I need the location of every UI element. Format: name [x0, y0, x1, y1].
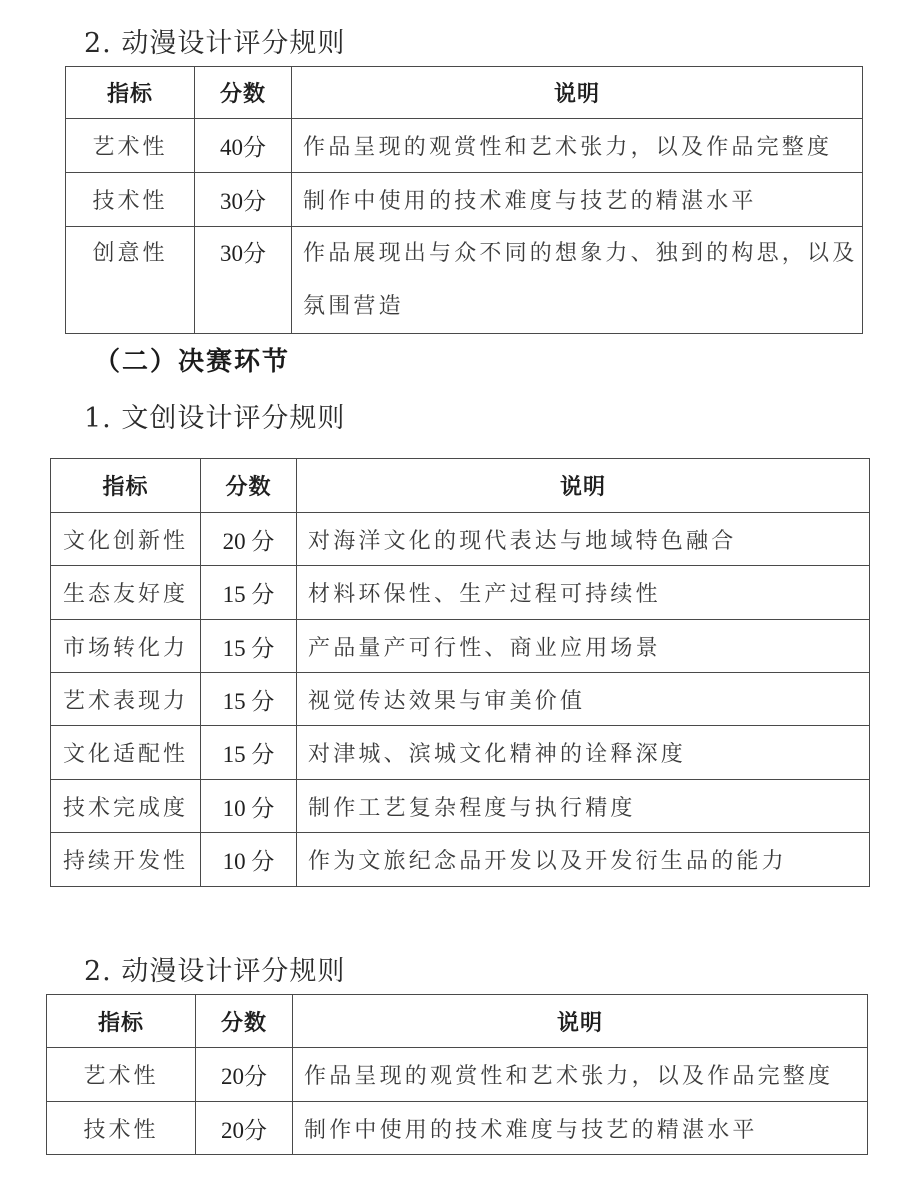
indicator-cell: 市场转化力	[51, 620, 201, 673]
score-cell: 15 分	[201, 726, 297, 780]
score-cell: 15 分	[201, 620, 297, 673]
description-cell: 作为文旅纪念品开发以及开发衍生品的能力	[297, 833, 870, 887]
indicator-cell: 技术完成度	[51, 780, 201, 833]
header-score: 分数	[201, 459, 297, 513]
score-cell: 20分	[196, 1048, 293, 1102]
header-description: 说明	[293, 995, 868, 1048]
header-description: 说明	[292, 67, 863, 119]
description-cell: 作品呈现的观赏性和艺术张力，以及作品完整度	[292, 119, 863, 173]
score-cell: 10 分	[201, 833, 297, 887]
header-indicator: 指标	[47, 995, 196, 1048]
animation-rules-table-finals: 指标 分数 说明 艺术性 20分 作品呈现的观赏性和艺术张力，以及作品完整度 技…	[46, 994, 868, 1155]
score-cell: 30分	[195, 173, 292, 227]
table-header-row: 指标 分数 说明	[47, 995, 868, 1048]
score-cell: 15 分	[201, 566, 297, 620]
description-cell: 制作中使用的技术难度与技艺的精湛水平	[292, 173, 863, 227]
description-cell: 对津城、滨城文化精神的诠释深度	[297, 726, 870, 780]
animation-rules-table-preliminary: 指标 分数 说明 艺术性 40分 作品呈现的观赏性和艺术张力，以及作品完整度 技…	[65, 66, 863, 334]
score-cell: 30分	[195, 227, 292, 334]
header-indicator: 指标	[51, 459, 201, 513]
table-row: 技术性 20分 制作中使用的技术难度与技艺的精湛水平	[47, 1102, 868, 1155]
score-cell: 20分	[196, 1102, 293, 1155]
cultural-design-rules-table: 指标 分数 说明 文化创新性 20 分 对海洋文化的现代表达与地域特色融合 生态…	[50, 458, 870, 887]
description-cell: 制作中使用的技术难度与技艺的精湛水平	[293, 1102, 868, 1155]
table-row: 艺术表现力 15 分 视觉传达效果与审美价值	[51, 673, 870, 726]
table-row: 创意性 30分 作品展现出与众不同的想象力、独到的构思，以及氛围营造	[66, 227, 863, 334]
table-row: 技术性 30分 制作中使用的技术难度与技艺的精湛水平	[66, 173, 863, 227]
description-cell: 对海洋文化的现代表达与地域特色融合	[297, 513, 870, 566]
description-cell: 视觉传达效果与审美价值	[297, 673, 870, 726]
indicator-cell: 文化适配性	[51, 726, 201, 780]
table-row: 文化适配性 15 分 对津城、滨城文化精神的诠释深度	[51, 726, 870, 780]
table-row: 文化创新性 20 分 对海洋文化的现代表达与地域特色融合	[51, 513, 870, 566]
table-row: 艺术性 40分 作品呈现的观赏性和艺术张力，以及作品完整度	[66, 119, 863, 173]
table-header-row: 指标 分数 说明	[51, 459, 870, 513]
header-description: 说明	[297, 459, 870, 513]
table-row: 生态友好度 15 分 材料环保性、生产过程可持续性	[51, 566, 870, 620]
indicator-cell: 持续开发性	[51, 833, 201, 887]
description-cell: 作品呈现的观赏性和艺术张力，以及作品完整度	[293, 1048, 868, 1102]
indicator-cell: 创意性	[66, 227, 195, 334]
indicator-cell: 艺术表现力	[51, 673, 201, 726]
section-title-finals: （二）决赛环节	[94, 346, 290, 378]
heading-cultural-design-rules: 1. 文创设计评分规则	[84, 403, 345, 435]
heading-animation-design-rules-preliminary: 2. 动漫设计评分规则	[84, 28, 345, 60]
indicator-cell: 生态友好度	[51, 566, 201, 620]
score-cell: 15 分	[201, 673, 297, 726]
description-cell: 产品量产可行性、商业应用场景	[297, 620, 870, 673]
score-cell: 20 分	[201, 513, 297, 566]
description-cell: 作品展现出与众不同的想象力、独到的构思，以及氛围营造	[292, 227, 863, 334]
table-row: 市场转化力 15 分 产品量产可行性、商业应用场景	[51, 620, 870, 673]
table-row: 艺术性 20分 作品呈现的观赏性和艺术张力，以及作品完整度	[47, 1048, 868, 1102]
description-cell: 制作工艺复杂程度与执行精度	[297, 780, 870, 833]
heading-animation-design-rules-finals: 2. 动漫设计评分规则	[84, 956, 345, 988]
indicator-cell: 技术性	[47, 1102, 196, 1155]
description-cell: 材料环保性、生产过程可持续性	[297, 566, 870, 620]
header-score: 分数	[195, 67, 292, 119]
table-row: 持续开发性 10 分 作为文旅纪念品开发以及开发衍生品的能力	[51, 833, 870, 887]
header-indicator: 指标	[66, 67, 195, 119]
table-header-row: 指标 分数 说明	[66, 67, 863, 119]
indicator-cell: 技术性	[66, 173, 195, 227]
indicator-cell: 艺术性	[47, 1048, 196, 1102]
table-row: 技术完成度 10 分 制作工艺复杂程度与执行精度	[51, 780, 870, 833]
header-score: 分数	[196, 995, 293, 1048]
score-cell: 10 分	[201, 780, 297, 833]
score-cell: 40分	[195, 119, 292, 173]
indicator-cell: 文化创新性	[51, 513, 201, 566]
indicator-cell: 艺术性	[66, 119, 195, 173]
